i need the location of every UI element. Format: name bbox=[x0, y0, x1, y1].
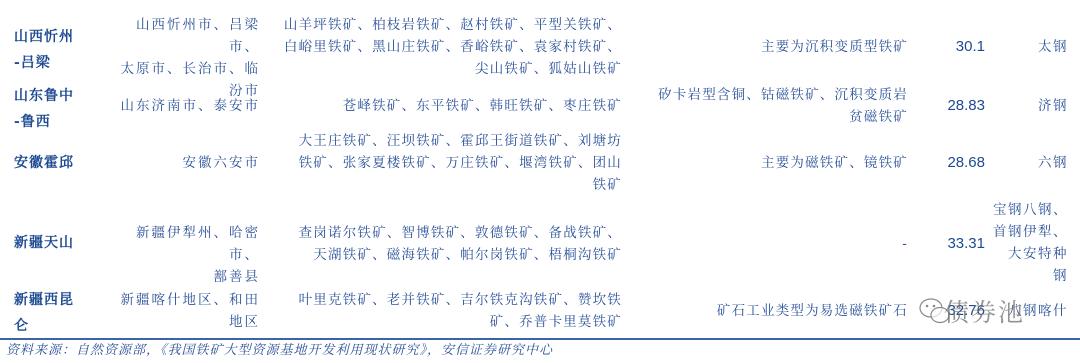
ore-type-line: 矽卡岩型含铜、钴磁铁矿、沉积变质岩 bbox=[636, 84, 908, 106]
city-line: 新疆喀什地区、和田 bbox=[108, 289, 260, 311]
mines-cell: 叶里克铁矿、老并铁矿、吉尔铁克沟铁矿、赞坎铁 矿、乔普卡里莫铁矿 bbox=[268, 289, 622, 333]
mines-cell: 大王庄铁矿、汪坝铁矿、霍邱王街道铁矿、刘塘坊 铁矿、张家夏楼铁矿、万庄铁矿、堰湾… bbox=[268, 130, 622, 196]
ore-type-line: 主要为磁铁矿、镜铁矿 bbox=[636, 152, 908, 174]
region-cell: 山东鲁中 -鲁西 bbox=[14, 83, 114, 135]
mines-line: 尖山铁矿、狐姑山铁矿 bbox=[268, 58, 622, 80]
city-line: 地区 bbox=[108, 311, 260, 333]
table-row: 安徽霍邱 安徽六安市 大王庄铁矿、汪坝铁矿、霍邱王街道铁矿、刘塘坊 铁矿、张家夏… bbox=[0, 130, 1080, 196]
region-cell: 新疆天山 bbox=[14, 230, 114, 256]
owner-line: 太钢 bbox=[990, 36, 1068, 58]
mines-line: 白峪里铁矿、黑山庄铁矿、香峪铁矿、袁家村铁矿、 bbox=[268, 36, 622, 58]
city-cell: 新疆喀什地区、和田 地区 bbox=[108, 289, 260, 333]
city-line: 太原市、长治市、临 bbox=[108, 58, 260, 80]
ore-type-cell: 矽卡岩型含铜、钴磁铁矿、沉积变质岩 贫磁铁矿 bbox=[636, 84, 908, 128]
table-row: 山东鲁中 -鲁西 山东济南市、泰安市 苍峄铁矿、东平铁矿、韩旺铁矿、枣庄铁矿 矽… bbox=[0, 84, 1080, 130]
ore-type-cell: - bbox=[636, 233, 908, 255]
owner-line: 宝钢八钢、 bbox=[990, 199, 1068, 221]
table-bottom-rule bbox=[0, 338, 1080, 340]
owner-line: 首钢伊犁、 bbox=[990, 221, 1068, 243]
table-row: 山西忻州 -吕梁 山西忻州市、吕梁市、 太原市、长治市、临 汾市 山羊坪铁矿、柏… bbox=[0, 0, 1080, 84]
region-line: 仑 bbox=[14, 313, 114, 339]
table-row: 新疆天山 新疆伊犁州、哈密市、 鄯善县 查岗诺尔铁矿、智博铁矿、敦德铁矿、备战铁… bbox=[0, 196, 1080, 288]
owner-line: 大安特种 bbox=[990, 243, 1068, 265]
mines-line: 矿、乔普卡里莫铁矿 bbox=[268, 311, 622, 333]
owner-line: 济钢 bbox=[990, 95, 1068, 117]
mines-line: 大王庄铁矿、汪坝铁矿、霍邱王街道铁矿、刘塘坊 bbox=[268, 130, 622, 152]
mines-line: 山羊坪铁矿、柏枝岩铁矿、赵村铁矿、平型关铁矿、 bbox=[268, 14, 622, 36]
ore-type-line: 矿石工业类型为易选磁铁矿石 bbox=[636, 300, 908, 322]
ore-type-line: 贫磁铁矿 bbox=[636, 106, 908, 128]
city-cell: 安徽六安市 bbox=[108, 152, 260, 174]
region-cell: 山西忻州 -吕梁 bbox=[14, 24, 114, 76]
ore-type-cell: 主要为沉积变质型铁矿 bbox=[636, 36, 908, 58]
mines-line: 铁矿 bbox=[268, 174, 622, 196]
region-line: 山西忻州 bbox=[14, 24, 114, 50]
owner-line: 钢 bbox=[990, 265, 1068, 287]
ore-type-cell: 矿石工业类型为易选磁铁矿石 bbox=[636, 300, 908, 322]
mines-cell: 山羊坪铁矿、柏枝岩铁矿、赵村铁矿、平型关铁矿、 白峪里铁矿、黑山庄铁矿、香峪铁矿… bbox=[268, 14, 622, 80]
mines-cell: 苍峄铁矿、东平铁矿、韩旺铁矿、枣庄铁矿 bbox=[268, 95, 622, 117]
grade-cell: 30.1 bbox=[920, 36, 985, 58]
region-line: 山东鲁中 bbox=[14, 83, 114, 109]
region-line: 安徽霍邱 bbox=[14, 150, 114, 176]
owner-cell: 济钢 bbox=[990, 95, 1068, 117]
mines-line: 铁矿、张家夏楼铁矿、万庄铁矿、堰湾铁矿、团山 bbox=[268, 152, 622, 174]
mines-cell: 查岗诺尔铁矿、智博铁矿、敦德铁矿、备战铁矿、 天湖铁矿、磁海铁矿、帕尔岗铁矿、梧… bbox=[268, 222, 622, 266]
grade-cell: 28.68 bbox=[920, 152, 985, 174]
region-cell: 安徽霍邱 bbox=[14, 150, 114, 176]
region-line: -吕梁 bbox=[14, 50, 114, 76]
owner-line: 八钢喀什 bbox=[990, 300, 1068, 322]
region-cell: 新疆西昆 仑 bbox=[14, 287, 114, 339]
region-line: 新疆西昆 bbox=[14, 287, 114, 313]
mines-line: 叶里克铁矿、老并铁矿、吉尔铁克沟铁矿、赞坎铁 bbox=[268, 289, 622, 311]
owner-cell: 六钢 bbox=[990, 152, 1068, 174]
city-line: 山西忻州市、吕梁市、 bbox=[108, 14, 260, 58]
grade-cell: 28.83 bbox=[920, 95, 985, 117]
grade-cell: 32.76 bbox=[920, 300, 985, 322]
mines-line: 苍峄铁矿、东平铁矿、韩旺铁矿、枣庄铁矿 bbox=[268, 95, 622, 117]
grade-cell: 33.31 bbox=[920, 233, 985, 255]
ore-type-cell: 主要为磁铁矿、镜铁矿 bbox=[636, 152, 908, 174]
ore-type-line: - bbox=[636, 233, 908, 255]
city-cell: 山东济南市、泰安市 bbox=[108, 95, 260, 117]
mines-line: 查岗诺尔铁矿、智博铁矿、敦德铁矿、备战铁矿、 bbox=[268, 222, 622, 244]
ore-type-line: 主要为沉积变质型铁矿 bbox=[636, 36, 908, 58]
source-note: 资料来源：自然资源部，《我国铁矿大型资源基地开发利用现状研究》，安信证券研究中心 bbox=[6, 341, 553, 361]
owner-line: 六钢 bbox=[990, 152, 1068, 174]
table-row: 新疆西昆 仑 新疆喀什地区、和田 地区 叶里克铁矿、老并铁矿、吉尔铁克沟铁矿、赞… bbox=[0, 288, 1080, 338]
owner-cell: 八钢喀什 bbox=[990, 300, 1068, 322]
region-line: 新疆天山 bbox=[14, 230, 114, 256]
city-line: 鄯善县 bbox=[108, 266, 260, 288]
city-line: 山东济南市、泰安市 bbox=[108, 95, 260, 117]
city-line: 安徽六安市 bbox=[108, 152, 260, 174]
city-line: 新疆伊犁州、哈密市、 bbox=[108, 222, 260, 266]
city-cell: 新疆伊犁州、哈密市、 鄯善县 bbox=[108, 222, 260, 288]
owner-cell: 宝钢八钢、 首钢伊犁、 大安特种 钢 bbox=[990, 199, 1068, 287]
mines-line: 天湖铁矿、磁海铁矿、帕尔岗铁矿、梧桐沟铁矿 bbox=[268, 244, 622, 266]
owner-cell: 太钢 bbox=[990, 36, 1068, 58]
